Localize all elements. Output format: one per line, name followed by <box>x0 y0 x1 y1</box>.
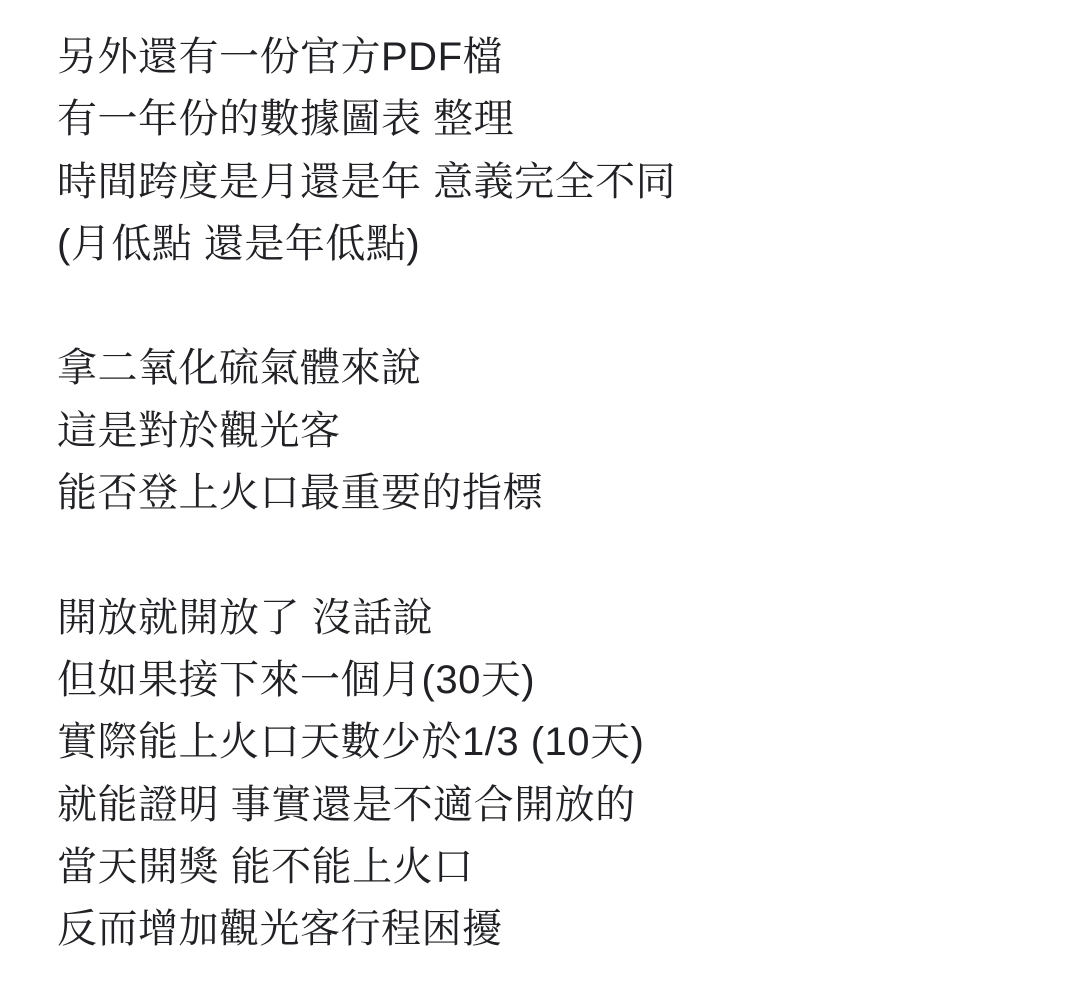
text-line: 這是對於觀光客 <box>57 400 1060 462</box>
text-line: 拿二氧化硫氣體來說 <box>57 337 1060 399</box>
text-line: 有一年份的數據圖表 整理 <box>57 88 1060 150</box>
text-line: 另外還有一份官方PDF檔 <box>57 26 1060 88</box>
text-line: 但如果接下來一個月(30天) <box>57 649 1060 711</box>
text-line: 開放就開放了 沒話說 <box>57 587 1060 649</box>
blank-line <box>57 275 1060 337</box>
text-line: 就能證明 事實還是不適合開放的 <box>57 774 1060 836</box>
text-line: 反而增加觀光客行程困擾 <box>57 898 1060 960</box>
text-line: 當天開獎 能不能上火口 <box>57 836 1060 898</box>
text-line: 能否登上火口最重要的指標 <box>57 462 1060 524</box>
text-line: (月低點 還是年低點) <box>57 213 1060 275</box>
text-line: 實際能上火口天數少於1/3 (10天) <box>57 711 1060 773</box>
text-note: 另外還有一份官方PDF檔 有一年份的數據圖表 整理 時間跨度是月還是年 意義完全… <box>0 0 1080 996</box>
blank-line <box>57 524 1060 586</box>
text-line: 時間跨度是月還是年 意義完全不同 <box>57 151 1060 213</box>
